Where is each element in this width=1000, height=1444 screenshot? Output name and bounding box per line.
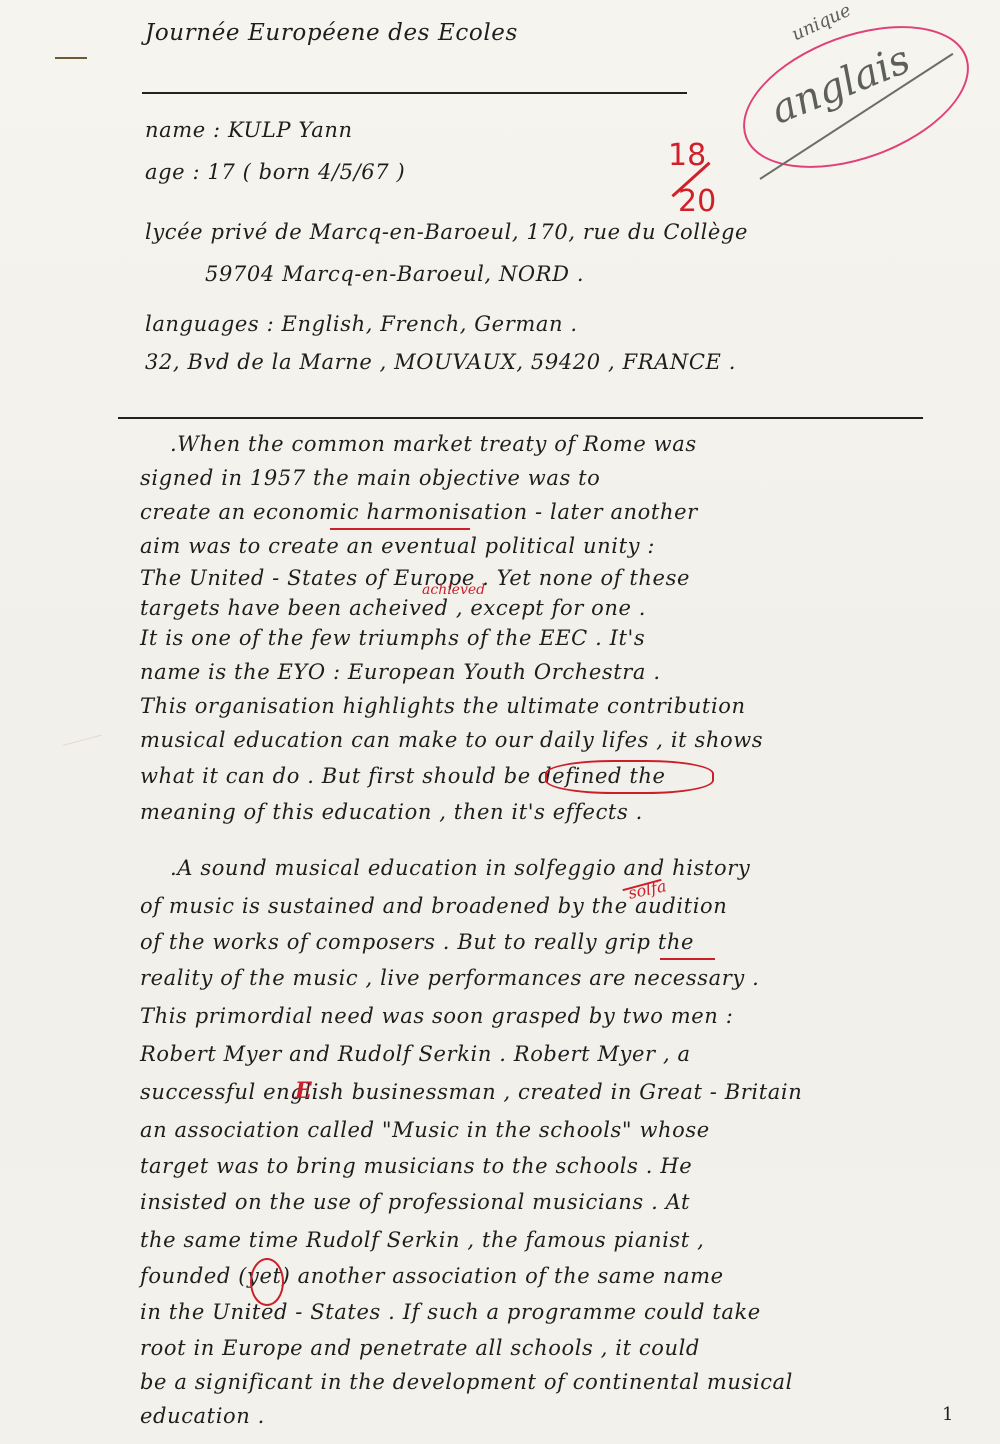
circle-should-be-defined: [545, 760, 714, 794]
school-address-line: 59704 Marcq-en-Baroeul, NORD .: [205, 262, 584, 286]
section-divider: [118, 417, 923, 419]
body-line: It is one of the few triumphs of the EEC…: [140, 626, 645, 650]
home-address-line: 32, Bvd de la Marne , MOUVAUX, 59420 , F…: [145, 350, 736, 374]
body-line: This organisation highlights the ultimat…: [140, 694, 746, 718]
document-page: Journée Européene des Ecoles name : KULP…: [0, 0, 1000, 1444]
body-line: create an economic harmonisation - later…: [140, 500, 698, 524]
age-line: age : 17 ( born 4/5/67 ): [145, 160, 405, 184]
body-line: name is the EYO : European Youth Orchest…: [140, 660, 661, 684]
school-line: lycée privé de Marcq-en-Baroeul, 170, ru…: [145, 220, 748, 244]
underline-harmonisation: [330, 528, 470, 530]
body-line: musical education can make to our daily …: [140, 728, 763, 752]
body-line: meaning of this education , then it's ef…: [140, 800, 643, 824]
body-line: in the United - States . If such a progr…: [140, 1300, 761, 1324]
body-line: targets have been acheived , except for …: [140, 596, 646, 620]
body-line: founded (yet) another association of the…: [140, 1264, 724, 1288]
page-number: 1: [942, 1404, 953, 1425]
faint-margin-mark: [58, 717, 102, 746]
body-line: target was to bring musicians to the sch…: [140, 1154, 692, 1178]
underline-really: [660, 958, 715, 960]
grade-out-of: 20: [678, 184, 716, 219]
document-title: Journée Européene des Ecoles: [145, 20, 518, 46]
body-line: .When the common market treaty of Rome w…: [170, 432, 697, 456]
body-line: reality of the music , live performances…: [140, 966, 759, 990]
body-line: the same time Rudolf Serkin , the famous…: [140, 1228, 704, 1252]
body-line: an association called "Music in the scho…: [140, 1118, 710, 1142]
body-line: Robert Myer and Rudolf Serkin . Robert M…: [140, 1042, 691, 1066]
languages-line: languages : English, French, German .: [145, 312, 578, 336]
correction-achieved: achieved: [422, 582, 485, 598]
body-line: aim was to create an eventual political …: [140, 534, 655, 558]
correction-capital-e: E: [295, 1078, 312, 1104]
body-line: be a significant in the development of c…: [140, 1370, 793, 1394]
body-line: insisted on the use of professional musi…: [140, 1190, 690, 1214]
body-line: root in Europe and penetrate all schools…: [140, 1336, 700, 1360]
name-line: name : KULP Yann: [145, 118, 353, 142]
title-underline: [142, 92, 687, 94]
body-line: The United - States of Europe . Yet none…: [140, 566, 690, 590]
body-line: education .: [140, 1404, 265, 1428]
body-line: of the works of composers . But to reall…: [140, 930, 694, 954]
parentheses-yet: [250, 1258, 284, 1306]
body-line: signed in 1957 the main objective was to: [140, 466, 600, 490]
margin-dash: [55, 57, 87, 59]
body-line: This primordial need was soon grasped by…: [140, 1004, 733, 1028]
body-line: successful english businessman , created…: [140, 1080, 802, 1104]
